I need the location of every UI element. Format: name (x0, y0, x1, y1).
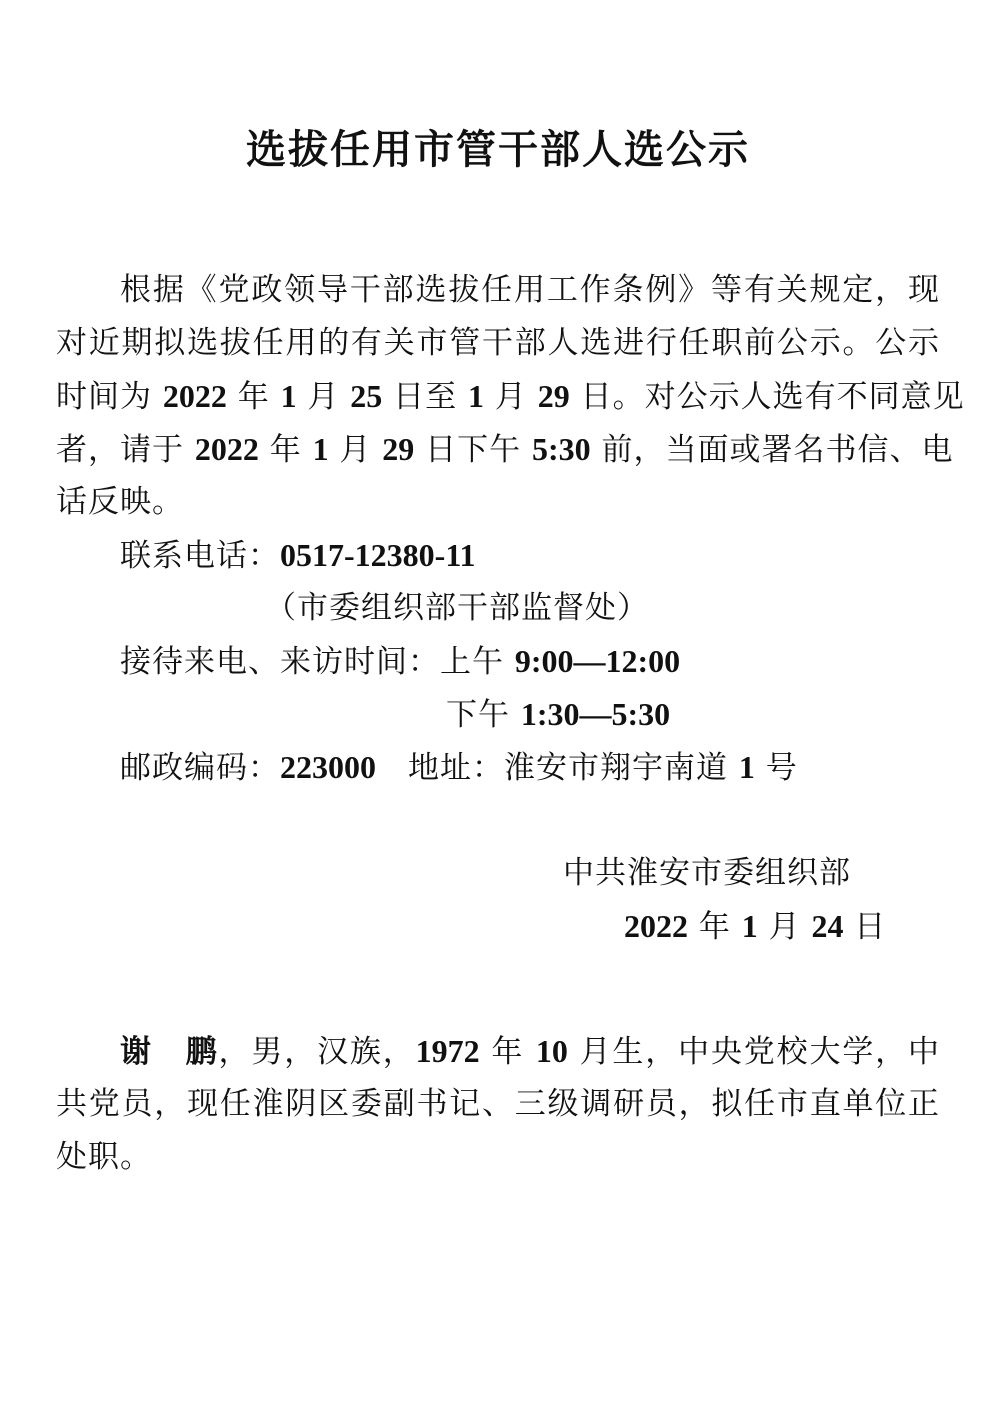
month: 1 (742, 908, 758, 944)
intro-line-1: 根据《党政领导干部选拔任用工作条例》等有关规定，现 (56, 270, 940, 310)
day: 29 (538, 378, 570, 414)
postcode-label: 邮政编码： (120, 750, 280, 786)
birth-year: 1972 (416, 1033, 480, 1069)
am-hours: 9:00—12:00 (515, 643, 680, 679)
pm-label: 下午 (446, 697, 521, 733)
day: 25 (350, 378, 382, 414)
intro-line-4: 者，请于 2022 年 1 月 29 日下午 5:30 前，当面或署名书信、电 (56, 429, 940, 470)
year: 2022 (195, 431, 259, 467)
month: 1 (281, 378, 297, 414)
intro-line-3: 时间为 2022 年 1 月 25 日至 1 月 29 日。对公示人选有不同意见 (56, 376, 940, 417)
text: 年 (480, 1034, 536, 1070)
text: 日 (843, 909, 886, 945)
address-label: 地址： (408, 750, 504, 786)
reception-hours-line: 接待来电、来访时间：上午 9:00—12:00 (120, 641, 680, 682)
reception-pm-line: 下午 1:30—5:30 (446, 694, 670, 735)
text: 月 (297, 379, 351, 415)
candidate-line-2: 共党员，现任淮阴区委副书记、三级调研员，拟任市直单位正 (56, 1084, 940, 1124)
postcode-address-line: 邮政编码：223000地址：淮安市翔宇南道 1 号 (120, 747, 798, 788)
intro-line-2: 对近期拟选拔任用的有关市管干部人选进行任职前公示。公示 (56, 323, 940, 363)
candidate-name: 谢 鹏 (120, 1034, 219, 1070)
address-number: 1 (739, 749, 755, 785)
candidate-line-1: 谢 鹏，男，汉族，1972 年 10 月生，中央党校大学，中 (56, 1031, 940, 1072)
text: 日下午 (414, 432, 532, 468)
signature-org: 中共淮安市委组织部 (563, 853, 851, 893)
address: 淮安市翔宇南道 (504, 750, 739, 786)
phone-number: 0517-12380-11 (280, 537, 476, 573)
birth-month: 10 (536, 1033, 568, 1069)
month: 1 (468, 378, 484, 414)
text: ，男，汉族， (219, 1034, 416, 1070)
month: 1 (313, 431, 329, 467)
contact-office: （市委组织部干部监督处） (265, 588, 649, 628)
day: 29 (382, 431, 414, 467)
text: 时间为 (56, 379, 163, 415)
contact-phone-line: 联系电话：0517-12380-11 (120, 535, 476, 576)
postcode: 223000 (280, 749, 376, 785)
text: 年 (259, 432, 313, 468)
pm-hours: 1:30—5:30 (521, 696, 670, 732)
text: 月 (758, 909, 812, 945)
year: 2022 (163, 378, 227, 414)
text: 年 (688, 909, 742, 945)
hours-label: 接待来电、来访时间： (120, 644, 440, 680)
text: 月 (329, 432, 383, 468)
signature-date: 2022 年 1 月 24 日 (624, 906, 886, 947)
am-label: 上午 (440, 644, 515, 680)
text: 年 (227, 379, 281, 415)
text: 月 (484, 379, 538, 415)
intro-line-5: 话反映。 (56, 482, 184, 522)
address-suffix: 号 (755, 750, 798, 786)
text: 前，当面或署名书信、电 (591, 432, 954, 468)
deadline-time: 5:30 (532, 431, 591, 467)
page-title: 选拔任用市管干部人选公示 (0, 118, 996, 175)
day: 24 (811, 908, 843, 944)
text: 日。对公示人选有不同意见 (570, 379, 965, 415)
text: 者，请于 (56, 432, 195, 468)
text: 日至 (382, 379, 468, 415)
year: 2022 (624, 908, 688, 944)
text: 月生，中央党校大学，中 (568, 1034, 940, 1070)
candidate-line-3: 处职。 (56, 1137, 152, 1177)
phone-label: 联系电话： (120, 538, 280, 574)
